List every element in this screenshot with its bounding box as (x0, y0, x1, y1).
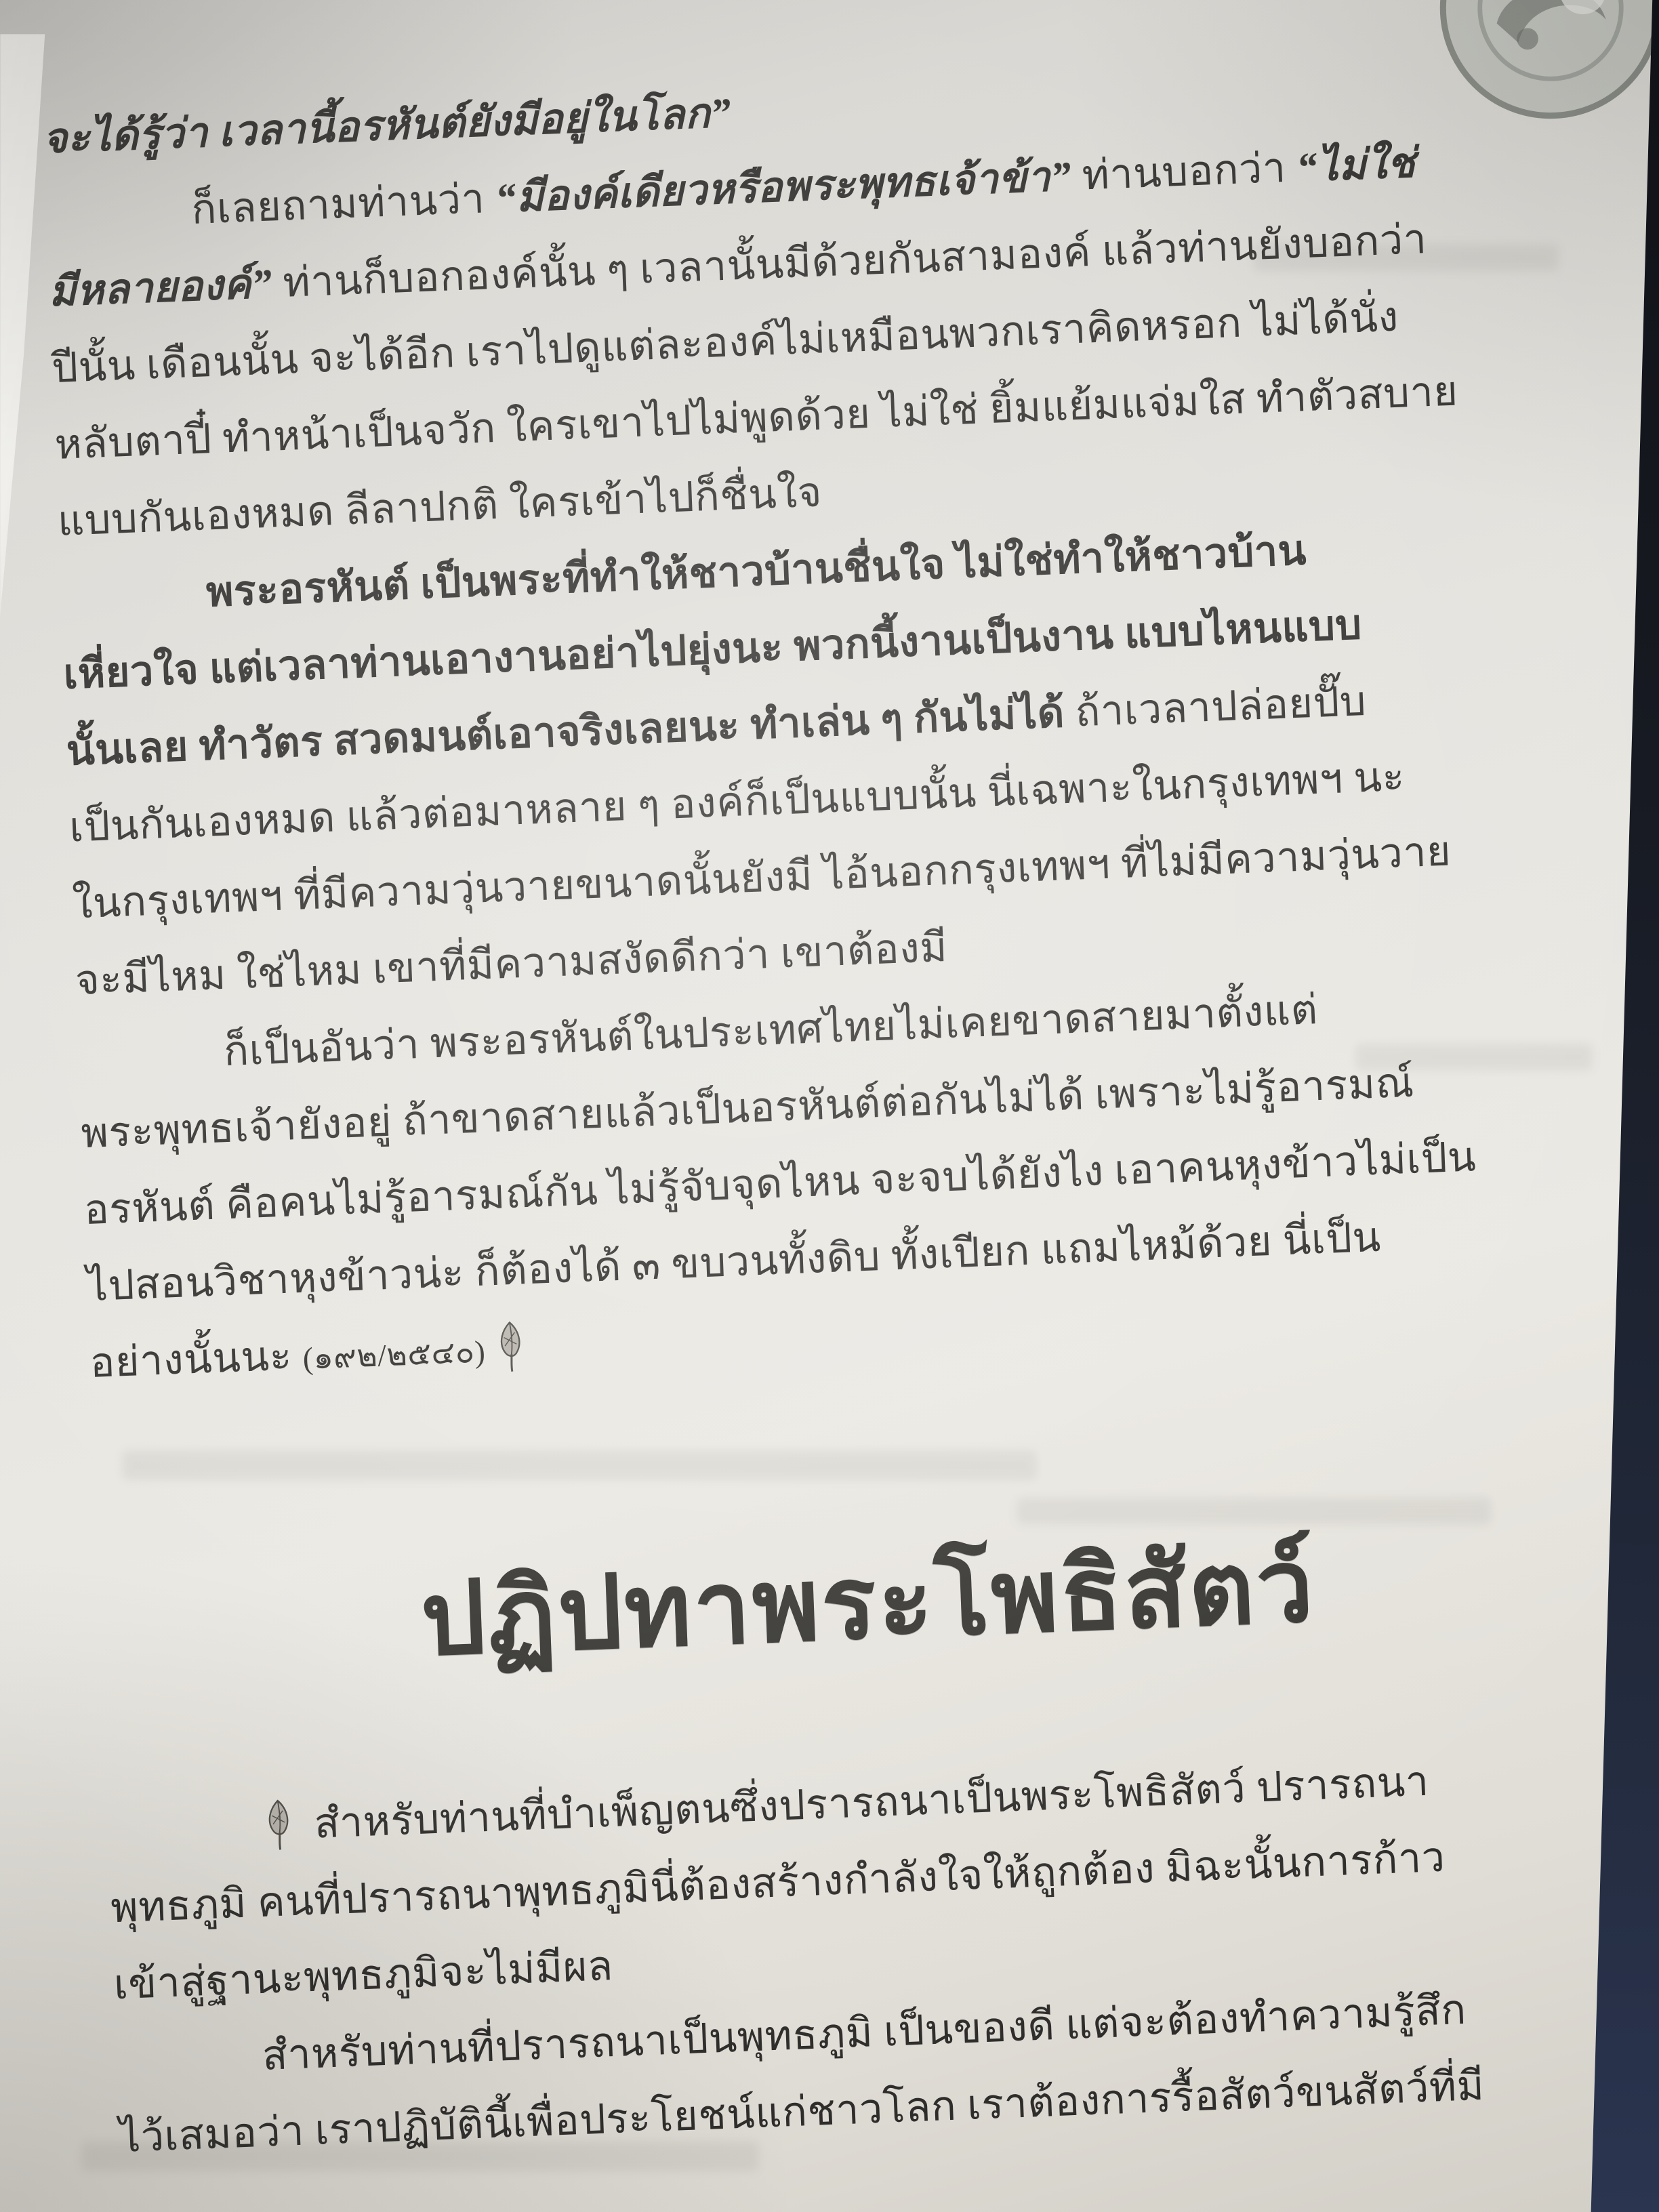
text-segment: มีหลายองค์” (48, 262, 273, 316)
text-segment: ท่านบอกว่า (1071, 145, 1298, 199)
page-text: จะได้รู้ว่า เวลานี้อรหันต์ยังมีอยู่ในโลก… (39, 0, 1657, 2177)
text-segment: ถ้าเวลาปล่อยปั๊บ (1063, 679, 1367, 736)
text-segment: เข้าสู่ฐานะพุทธภูมิจะไม่มีผล (113, 1944, 614, 2008)
paragraphs-bottom: สำหรับท่านที่บำเพ็ญตนซึ่งปรารถนาเป็นพระโ… (106, 1735, 1657, 2177)
text-segment: อย่างนั้นนะ (89, 1333, 303, 1387)
section-heading: ปฏิปทาพระโพธิสัตว์ (98, 1509, 1639, 1700)
text-segment: แบบกันเองหมด ลีลาปกติ ใครเข้าไปก็ชื่นใจ (57, 470, 823, 545)
text-segment: จะได้รู้ว่า เวลานี้อรหันต์ยังมีอยู่ในโลก… (42, 90, 732, 162)
text-segment: “มีองค์เดียวหรือพระพุทธเจ้าข้า” (495, 154, 1073, 222)
text-segment: (๑๙๒/๒๕๔๐) (302, 1334, 486, 1376)
text-segment: ก็เลยถามท่านว่า (190, 176, 496, 233)
book-page-photo: { "colors": { "paper": "#e6e4df", "ink":… (0, 0, 1659, 2212)
text-segment: “ไม่ใช่ (1296, 141, 1416, 191)
lotus-bud-icon (262, 1797, 295, 1855)
paragraphs-top: จะได้รู้ว่า เวลานี้อรหันต์ยังมีอยู่ในโลก… (41, 42, 1627, 1405)
lotus-bud-icon (493, 1318, 527, 1376)
